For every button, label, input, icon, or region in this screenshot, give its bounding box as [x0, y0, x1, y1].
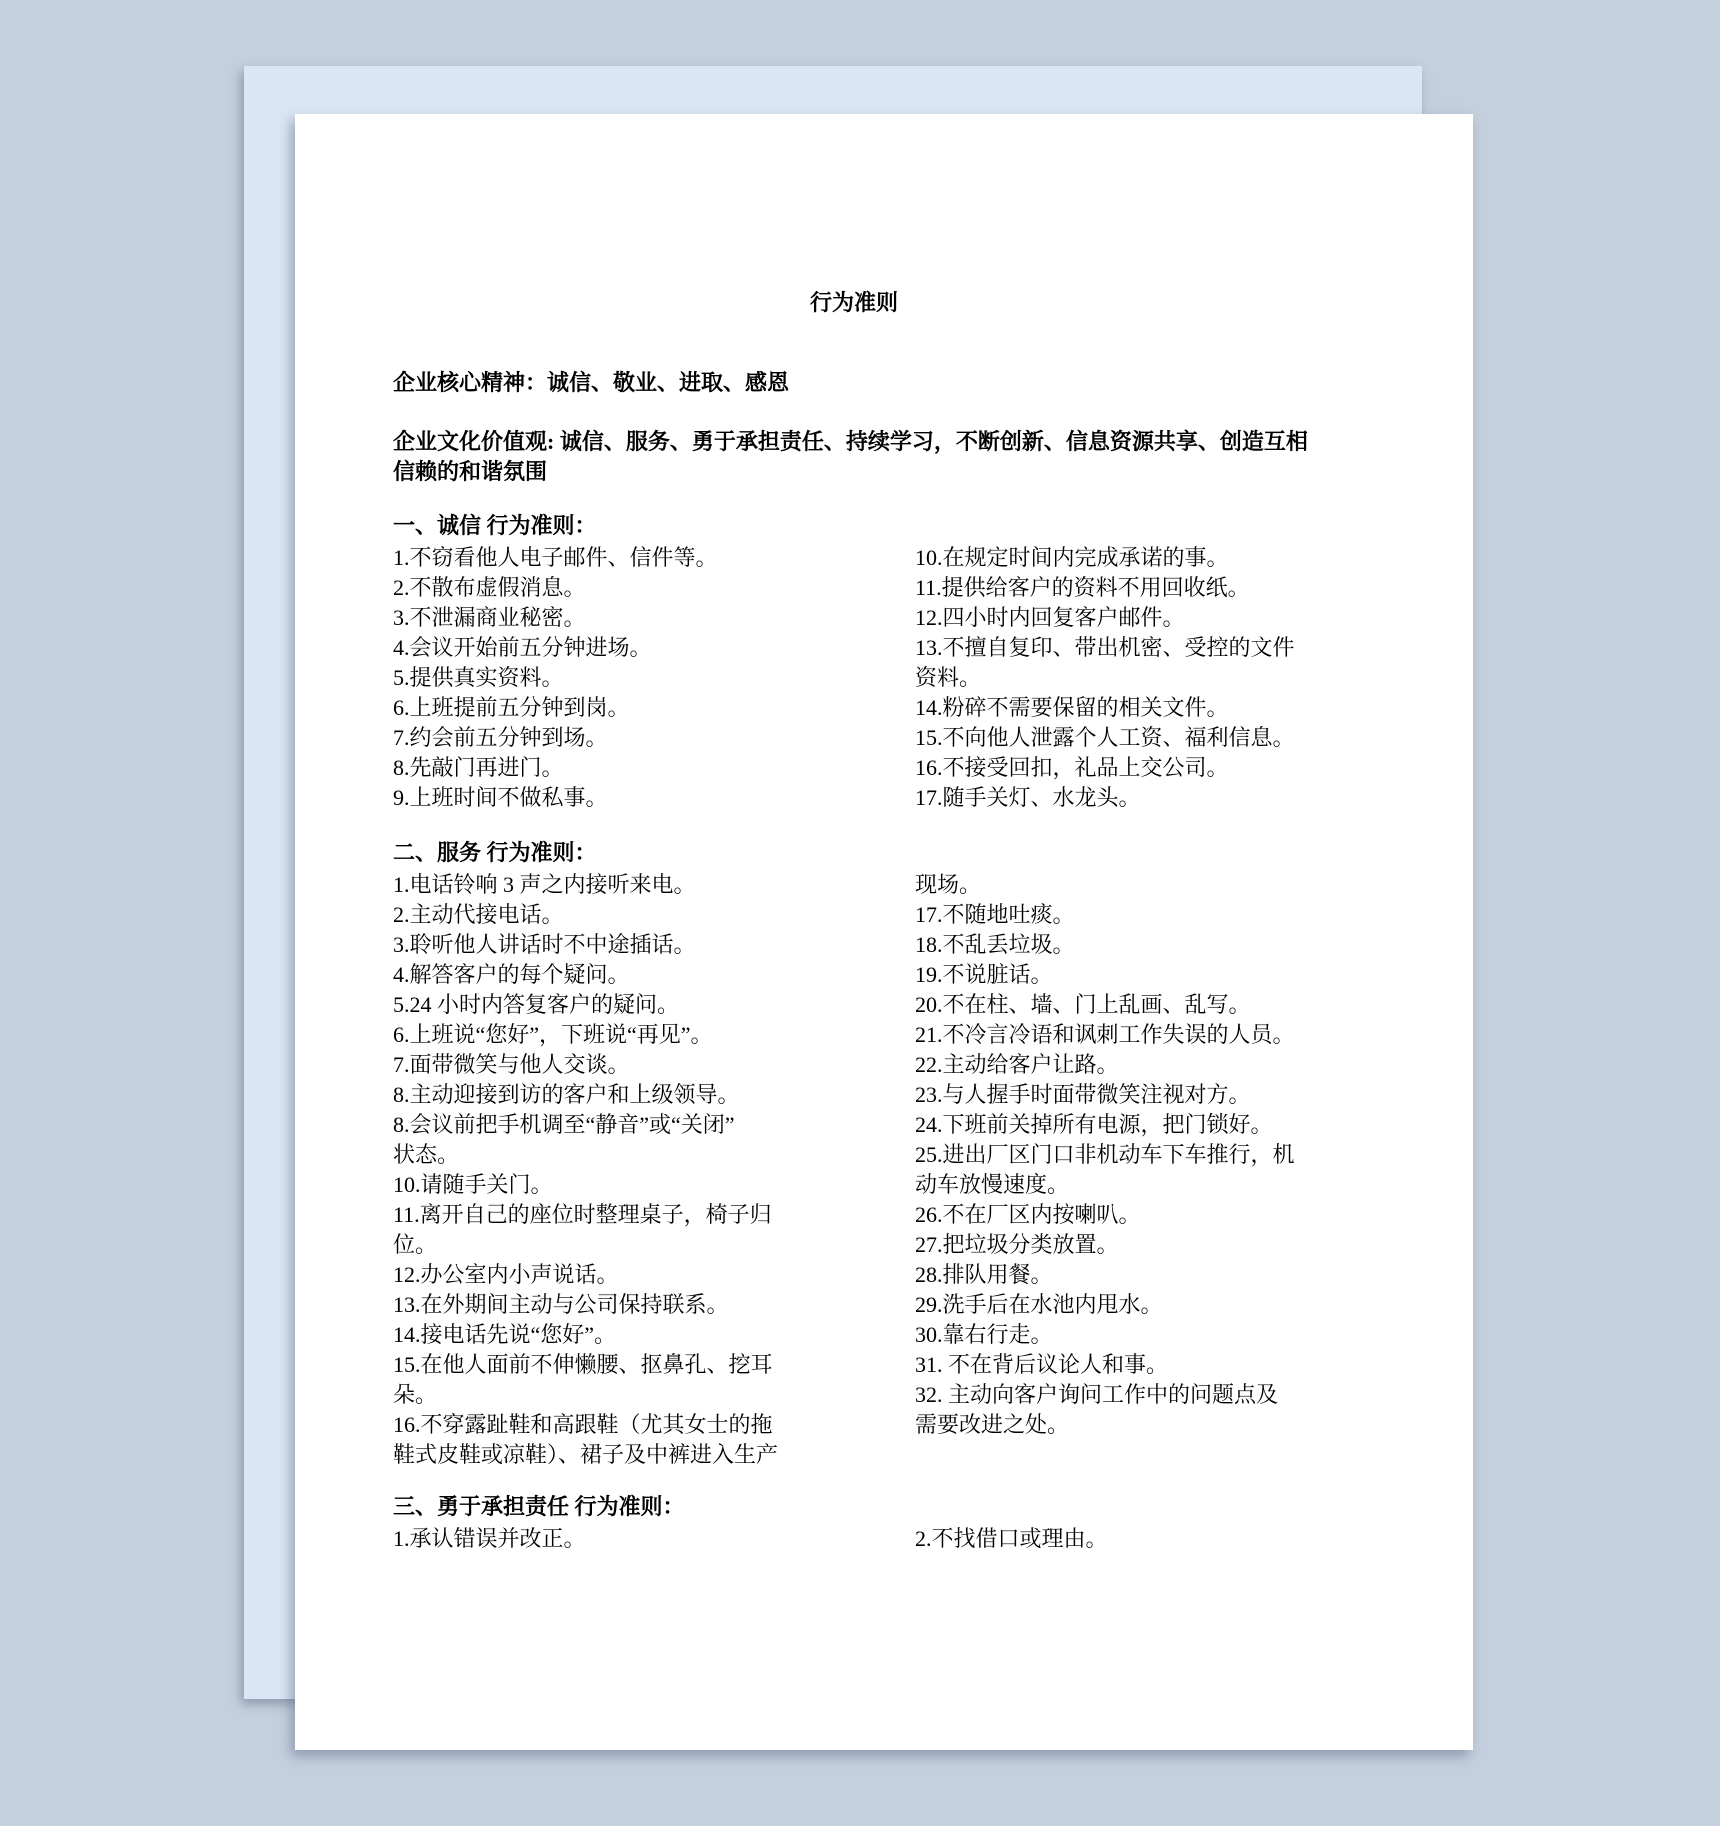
- list-line: 11.提供给客户的资料不用回收纸。: [915, 573, 1315, 603]
- section-3-columns: 1.承认错误并改正。2.不找借口或理由。: [393, 1524, 1315, 1554]
- list-line: 动车放慢速度。: [915, 1170, 1315, 1200]
- list-line: 2.不散布虚假消息。: [393, 573, 915, 603]
- list-line: 2.主动代接电话。: [393, 900, 915, 930]
- list-line: 16.不穿露趾鞋和高跟鞋（尤其女士的拖: [393, 1410, 915, 1440]
- list-line: 8.先敲门再进门。: [393, 753, 915, 783]
- list-line: 8.主动迎接到访的客户和上级领导。: [393, 1080, 915, 1110]
- list-line: 6.上班说“您好”，下班说“再见”。: [393, 1020, 915, 1050]
- list-line: 7.约会前五分钟到场。: [393, 723, 915, 753]
- list-line: 5.提供真实资料。: [393, 663, 915, 693]
- list-line: 16.不接受回扣，礼品上交公司。: [915, 753, 1315, 783]
- list-line: 4.解答客户的每个疑问。: [393, 960, 915, 990]
- section-1-heading: 一、诚信 行为准则：: [393, 511, 1315, 541]
- section-2: 二、服务 行为准则：1.电话铃响 3 声之内接听来电。2.主动代接电话。3.聆听…: [393, 838, 1315, 1470]
- list-line: 17.随手关灯、水龙头。: [915, 783, 1315, 813]
- list-line: 19.不说脏话。: [915, 960, 1315, 990]
- list-line: 4.会议开始前五分钟进场。: [393, 633, 915, 663]
- list-line: 28.排队用餐。: [915, 1260, 1315, 1290]
- sections-container: 一、诚信 行为准则：1.不窃看他人电子邮件、信件等。2.不散布虚假消息。3.不泄…: [393, 511, 1315, 1554]
- desktop-background: 行为准则 企业核心精神：诚信、敬业、进取、感恩 企业文化价值观: 诚信、服务、勇…: [0, 0, 1720, 1826]
- list-line: 18.不乱丢垃圾。: [915, 930, 1315, 960]
- list-line: 8.会议前把手机调至“静音”或“关闭”: [393, 1110, 915, 1140]
- list-line: 3.聆听他人讲话时不中途插话。: [393, 930, 915, 960]
- list-line: 15.不向他人泄露个人工资、福利信息。: [915, 723, 1315, 753]
- list-line: 14.接电话先说“您好”。: [393, 1320, 915, 1350]
- list-line: 26.不在厂区内按喇叭。: [915, 1200, 1315, 1230]
- list-line: 32. 主动向客户询问工作中的问题点及: [915, 1380, 1315, 1410]
- culture-values-line: 企业文化价值观: 诚信、服务、勇于承担责任、持续学习，不断创新、信息资源共享、创…: [393, 427, 1315, 487]
- document-title: 行为准则: [393, 288, 1315, 318]
- list-line: 9.上班时间不做私事。: [393, 783, 915, 813]
- list-line: 17.不随地吐痰。: [915, 900, 1315, 930]
- list-line: 状态。: [393, 1140, 915, 1170]
- list-line: 14.粉碎不需要保留的相关文件。: [915, 693, 1315, 723]
- section-1-col-left: 1.不窃看他人电子邮件、信件等。2.不散布虚假消息。3.不泄漏商业秘密。4.会议…: [393, 543, 915, 813]
- list-line: 1.不窃看他人电子邮件、信件等。: [393, 543, 915, 573]
- list-line: 需要改进之处。: [915, 1410, 1315, 1440]
- list-line: 24.下班前关掉所有电源，把门锁好。: [915, 1110, 1315, 1140]
- list-line: 2.不找借口或理由。: [915, 1524, 1315, 1554]
- list-line: 位。: [393, 1230, 915, 1260]
- list-line: 10.请随手关门。: [393, 1170, 915, 1200]
- list-line: 11.离开自己的座位时整理桌子，椅子归: [393, 1200, 915, 1230]
- section-2-heading: 二、服务 行为准则：: [393, 838, 1315, 868]
- list-line: 6.上班提前五分钟到岗。: [393, 693, 915, 723]
- list-line: 20.不在柱、墙、门上乱画、乱写。: [915, 990, 1315, 1020]
- list-line: 资料。: [915, 663, 1315, 693]
- list-line: 23.与人握手时面带微笑注视对方。: [915, 1080, 1315, 1110]
- list-line: 现场。: [915, 870, 1315, 900]
- list-line: 21.不冷言冷语和讽刺工作失误的人员。: [915, 1020, 1315, 1050]
- section-2-col-left: 1.电话铃响 3 声之内接听来电。2.主动代接电话。3.聆听他人讲话时不中途插话…: [393, 870, 915, 1470]
- list-line: 13.在外期间主动与公司保持联系。: [393, 1290, 915, 1320]
- section-3-col-right: 2.不找借口或理由。: [915, 1524, 1315, 1554]
- list-line: 12.办公室内小声说话。: [393, 1260, 915, 1290]
- section-1-columns: 1.不窃看他人电子邮件、信件等。2.不散布虚假消息。3.不泄漏商业秘密。4.会议…: [393, 543, 1315, 813]
- list-line: 1.电话铃响 3 声之内接听来电。: [393, 870, 915, 900]
- list-line: 13.不擅自复印、带出机密、受控的文件: [915, 633, 1315, 663]
- list-line: 30.靠右行走。: [915, 1320, 1315, 1350]
- list-line: 15.在他人面前不伸懒腰、抠鼻孔、挖耳: [393, 1350, 915, 1380]
- list-line: 3.不泄漏商业秘密。: [393, 603, 915, 633]
- section-2-col-right: 现场。17.不随地吐痰。18.不乱丢垃圾。19.不说脏话。20.不在柱、墙、门上…: [915, 870, 1315, 1470]
- list-line: 31. 不在背后议论人和事。: [915, 1350, 1315, 1380]
- list-line: 29.洗手后在水池内甩水。: [915, 1290, 1315, 1320]
- section-3-heading: 三、勇于承担责任 行为准则：: [393, 1492, 1315, 1522]
- list-line: 7.面带微笑与他人交谈。: [393, 1050, 915, 1080]
- list-line: 5.24 小时内答复客户的疑问。: [393, 990, 915, 1020]
- list-line: 25.进出厂区门口非机动车下车推行，机: [915, 1140, 1315, 1170]
- core-spirit-line: 企业核心精神：诚信、敬业、进取、感恩: [393, 368, 1315, 398]
- list-line: 27.把垃圾分类放置。: [915, 1230, 1315, 1260]
- section-1: 一、诚信 行为准则：1.不窃看他人电子邮件、信件等。2.不散布虚假消息。3.不泄…: [393, 511, 1315, 813]
- list-line: 鞋式皮鞋或凉鞋）、裙子及中裤进入生产: [393, 1440, 915, 1470]
- list-line: 10.在规定时间内完成承诺的事。: [915, 543, 1315, 573]
- section-2-columns: 1.电话铃响 3 声之内接听来电。2.主动代接电话。3.聆听他人讲话时不中途插话…: [393, 870, 1315, 1470]
- list-line: 12.四小时内回复客户邮件。: [915, 603, 1315, 633]
- list-line: 朵。: [393, 1380, 915, 1410]
- section-1-col-right: 10.在规定时间内完成承诺的事。11.提供给客户的资料不用回收纸。12.四小时内…: [915, 543, 1315, 813]
- document-content: 行为准则 企业核心精神：诚信、敬业、进取、感恩 企业文化价值观: 诚信、服务、勇…: [295, 114, 1315, 1554]
- section-3-col-left: 1.承认错误并改正。: [393, 1524, 915, 1554]
- list-line: 1.承认错误并改正。: [393, 1524, 915, 1554]
- section-3: 三、勇于承担责任 行为准则：1.承认错误并改正。2.不找借口或理由。: [393, 1492, 1315, 1554]
- document-page: 行为准则 企业核心精神：诚信、敬业、进取、感恩 企业文化价值观: 诚信、服务、勇…: [295, 114, 1473, 1750]
- list-line: 22.主动给客户让路。: [915, 1050, 1315, 1080]
